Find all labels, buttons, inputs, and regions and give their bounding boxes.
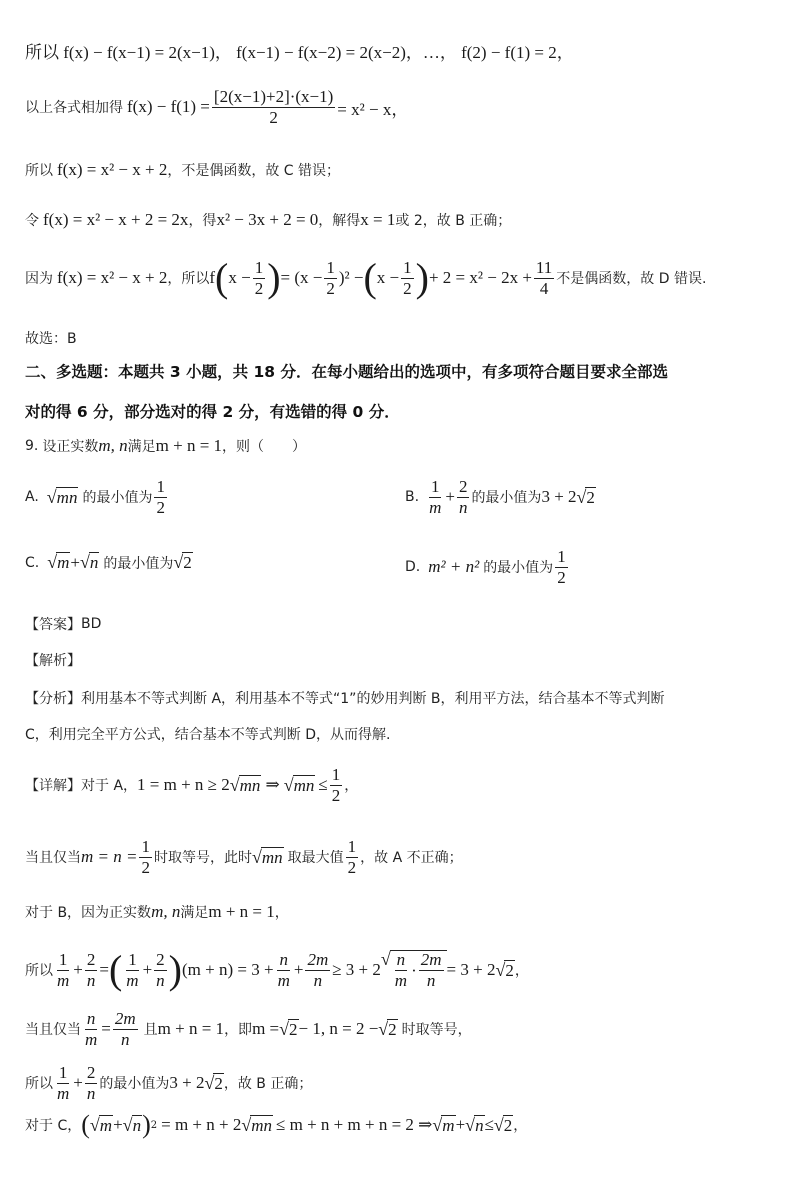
option-fraction: 1 2 bbox=[555, 548, 568, 587]
option-label: B. bbox=[405, 489, 419, 505]
sqrt-2: √ 2 bbox=[495, 960, 514, 981]
conclusion-c: ，不是偶函数，故 C 错误； bbox=[167, 160, 340, 180]
inequality-chain: ≤ m + n + m + n = 2 ⇒ bbox=[276, 1115, 432, 1135]
question-9: 9. 设正实数 m, n 满足 m + n = 1 ，则（ ） bbox=[25, 436, 306, 456]
fraction-denominator: m bbox=[124, 971, 140, 990]
paren-open: ( bbox=[81, 1112, 90, 1138]
analysis-text: 利用基本不等式判断 A，利用基本不等式“1”的妙用判断 B，利用平方法，结合基本… bbox=[81, 688, 665, 708]
fraction-n-over-m: nm bbox=[393, 951, 409, 990]
fraction-denominator: n bbox=[154, 971, 167, 990]
fraction-2m-over-n: 2mn bbox=[113, 1010, 138, 1049]
expansion: = m + n + 2 bbox=[161, 1115, 241, 1135]
fraction-numerator: 2 bbox=[85, 1064, 98, 1084]
fraction-numerator: n bbox=[277, 951, 290, 971]
choice-text: 故选：B bbox=[25, 328, 77, 348]
sqrt-mn: √ mn bbox=[284, 775, 316, 796]
result-expression: + 2 = x² − 2x + bbox=[429, 268, 532, 288]
detail-text: 时取等号， bbox=[402, 1019, 472, 1039]
paren-close: ) bbox=[267, 258, 280, 298]
condition: m + n = 1 bbox=[156, 436, 222, 456]
conclusion-b: 或 2，故 B 正确； bbox=[395, 210, 511, 230]
detail-b-line-3: 当且仅当 nm = 2mn 且 m + n = 1 ，即 m = √2 − 1,… bbox=[25, 1010, 472, 1049]
sqrt-m: √m bbox=[432, 1115, 455, 1136]
implies-symbol: ⇒ bbox=[265, 775, 279, 795]
detail-text: 所以 bbox=[25, 1073, 53, 1093]
solution-line-1: 所以 f(x) − f(x−1) = 2(x−1)， f(x−1) − f(x−… bbox=[25, 38, 574, 63]
fraction-denominator: 2 bbox=[324, 279, 337, 298]
detail-text: 当且仅当 bbox=[25, 1019, 81, 1039]
line-prefix: 以上各式相加得 bbox=[25, 97, 123, 117]
le-symbol: ≤ bbox=[318, 775, 327, 795]
sqrt-2: √2 bbox=[279, 1019, 298, 1040]
shifted-arg: x − bbox=[228, 268, 250, 288]
min-value: 3 + 2 bbox=[169, 1073, 204, 1093]
fraction-numerator: 2 bbox=[85, 951, 98, 971]
fraction-numerator: 1 bbox=[139, 838, 152, 858]
fraction-denominator: 2 bbox=[139, 858, 152, 877]
text: ，所以 bbox=[167, 268, 209, 288]
fraction-denominator: n bbox=[119, 1030, 132, 1049]
radicand: 2 bbox=[213, 1073, 224, 1094]
radicand: n bbox=[474, 1115, 485, 1136]
equation: f(x) = x² − x + 2 = 2x bbox=[43, 210, 188, 230]
detail-tag: 【详解】 bbox=[25, 775, 81, 795]
radicand: 2 bbox=[288, 1019, 299, 1040]
fraction-numerator: 1 bbox=[126, 951, 139, 971]
fraction-numerator: 11 bbox=[534, 259, 554, 279]
line-prefix: 令 bbox=[25, 210, 39, 230]
radicand: 2 bbox=[503, 1115, 514, 1136]
fraction-denominator: n bbox=[312, 971, 325, 990]
detail-text: 对于 B，因为正实数 bbox=[25, 902, 151, 922]
option-a: A. √ mn 的最小值为 1 2 bbox=[25, 478, 169, 517]
section-title-line-2: 对的得 6 分，部分选对的得 2 分，有选错的得 0 分． bbox=[25, 400, 400, 422]
m-value: m = bbox=[252, 1019, 279, 1039]
fraction-1-over-m: 1m bbox=[124, 951, 140, 990]
fraction-2-over-n: 2n bbox=[154, 951, 167, 990]
radicand: m bbox=[56, 552, 70, 573]
line-prefix: 所以 bbox=[25, 160, 53, 180]
option-b: B. 1 m + 2 n 的最小值为 3 + 2 √ 2 bbox=[405, 478, 596, 517]
fraction-numerator: 2m bbox=[305, 951, 330, 971]
fraction-n-over-m: nm bbox=[276, 951, 292, 990]
expansion: = (x − bbox=[281, 268, 323, 288]
fraction-denominator: n bbox=[85, 971, 98, 990]
solution-line-5: 因为 f(x) = x² − x + 2 ，所以 f ( x − 1 2 ) =… bbox=[25, 258, 706, 298]
half-fraction: 1 2 bbox=[346, 838, 359, 877]
fraction-denominator: 2 bbox=[555, 568, 568, 587]
sum-fraction: [2(x−1)+2]·(x−1) 2 bbox=[212, 88, 335, 127]
fraction-numerator: 1 bbox=[57, 1064, 70, 1084]
quadratic-equation: x² − 3x + 2 = 0 bbox=[216, 210, 318, 230]
fraction-denominator: 2 bbox=[346, 858, 359, 877]
fraction-2-over-n: 2n bbox=[85, 1064, 98, 1103]
section-heading-cont: 对的得 6 分，部分选对的得 2 分，有选错的得 0 分． bbox=[25, 400, 400, 422]
equals-sign: = bbox=[99, 960, 109, 980]
plus-sign: + bbox=[73, 1073, 83, 1093]
exponent: 2 bbox=[151, 1120, 157, 1131]
recursion-equations: 所以 f(x) − f(x−1) = 2(x−1)， f(x−1) − f(x−… bbox=[25, 38, 574, 63]
sqrt-2: √2 bbox=[378, 1019, 397, 1040]
option-d: D. m² + n² 的最小值为 1 2 bbox=[405, 548, 570, 587]
radicand: n bbox=[132, 1115, 143, 1136]
conclusion-a: ，故 A 不正确； bbox=[360, 847, 462, 867]
expansion: (m + n) = 3 + bbox=[182, 960, 274, 980]
option-text: 的最小值为 bbox=[483, 557, 553, 577]
fraction-numerator: 1 bbox=[429, 478, 442, 498]
option-expression: m² + n² bbox=[428, 557, 479, 577]
detail-a-line-1: 【详解】 对于 A， 1 = m + n ≥ 2 √ mn ⇒ √ mn ≤ 1… bbox=[25, 766, 358, 805]
detail-text: 取最大值 bbox=[288, 847, 344, 867]
conclusion-d: 不是偶函数，故 D 错误. bbox=[556, 268, 706, 288]
radicand: 2 bbox=[585, 487, 596, 508]
fraction-1-over-m: 1m bbox=[55, 1064, 71, 1103]
question-number: 9. bbox=[25, 438, 38, 454]
radicand: n bbox=[89, 552, 100, 573]
sqrt-m: √m bbox=[90, 1115, 113, 1136]
fraction-numerator: 1 bbox=[253, 259, 266, 279]
condition: m + n = 1 bbox=[158, 1019, 224, 1039]
fraction-numerator: 1 bbox=[330, 766, 343, 786]
variables: m, n bbox=[151, 902, 180, 922]
detail-a-line-2: 当且仅当 m = n = 1 2 时取等号，此时 √ mn 取最大值 1 2 ，… bbox=[25, 838, 463, 877]
line-prefix: 因为 bbox=[25, 268, 53, 288]
fraction-numerator: 2m bbox=[419, 951, 444, 971]
detail-text: 当且仅当 bbox=[25, 847, 81, 867]
square-minus: )² − bbox=[339, 268, 364, 288]
half-fraction: 1 2 bbox=[139, 838, 152, 877]
condition: m + n = 1 bbox=[208, 902, 274, 922]
fraction-numerator: [2(x−1)+2]·(x−1) bbox=[212, 88, 335, 108]
fraction-2-over-n: 2 n bbox=[457, 478, 470, 517]
fraction-denominator: m bbox=[393, 971, 409, 990]
question-text: 满足 bbox=[128, 436, 156, 456]
solution-line-4: 令 f(x) = x² − x + 2 = 2x ，得 x² − 3x + 2 … bbox=[25, 210, 511, 230]
sqrt-mn: √ mn bbox=[252, 847, 284, 868]
answer-label: 【答案】 bbox=[25, 614, 81, 634]
detail-text: 满足 bbox=[180, 902, 208, 922]
fraction-denominator: 2 bbox=[253, 279, 266, 298]
equals-sign: = bbox=[101, 1019, 111, 1039]
sqrt-product: √ nm · 2mn bbox=[381, 950, 447, 990]
result: = 3 + 2 bbox=[447, 960, 496, 980]
radicand: mn bbox=[56, 487, 79, 508]
fraction-n-over-m: nm bbox=[83, 1010, 99, 1049]
option-fraction: 1 2 bbox=[154, 478, 167, 517]
sqrt-m: √ m bbox=[47, 552, 70, 573]
eleven-quarters-fraction: 11 4 bbox=[534, 259, 554, 298]
option-c: C. √ m + √ n 的最小值为 √ 2 bbox=[25, 552, 193, 573]
radicand: mn bbox=[250, 1115, 273, 1136]
plus-sign: + bbox=[113, 1115, 123, 1135]
paren-open: ( bbox=[215, 258, 228, 298]
le-symbol: ≤ bbox=[485, 1115, 494, 1135]
fraction-1-over-m: 1 m bbox=[427, 478, 443, 517]
fraction-2m-over-n: 2mn bbox=[305, 951, 330, 990]
shifted-arg: x − bbox=[377, 268, 399, 288]
ge-expression: ≥ 3 + 2 bbox=[332, 960, 381, 980]
fraction-denominator: 2 bbox=[267, 108, 280, 127]
sqrt-expression: √ mn bbox=[47, 487, 79, 508]
radicand: 2 bbox=[182, 552, 193, 573]
plus-sign: + bbox=[456, 1115, 466, 1135]
detail-text: 对于 C， bbox=[25, 1115, 81, 1135]
sqrt-2: √2 bbox=[204, 1073, 223, 1094]
section-title-line-1: 二、多选题：本题共 3 小题，共 18 分．在每小题给出的选项中，有多项符合题目… bbox=[25, 360, 668, 382]
fraction-numerator: 2m bbox=[113, 1010, 138, 1030]
fraction-numerator: n bbox=[85, 1010, 98, 1030]
fraction-denominator: m bbox=[55, 971, 71, 990]
detail-b-line-4: 所以 1m + 2n 的最小值为 3 + 2 √2 ，故 B 正确； bbox=[25, 1064, 312, 1103]
fraction-denominator: n bbox=[457, 498, 470, 517]
punct: ， bbox=[344, 775, 358, 795]
option-value: 3 + 2 bbox=[541, 487, 576, 507]
punct: ， bbox=[515, 960, 529, 980]
text: ，得 bbox=[188, 210, 216, 230]
solution-value: x = 1 bbox=[360, 210, 395, 230]
fraction-denominator: 4 bbox=[538, 279, 551, 298]
question-blank: ，则（ ） bbox=[222, 436, 306, 456]
fraction-2m-over-n: 2mn bbox=[419, 951, 444, 990]
detail-text: 时取等号，此时 bbox=[154, 847, 252, 867]
half-fraction: 1 2 bbox=[401, 259, 414, 298]
sqrt-mn: √ mn bbox=[230, 775, 262, 796]
equality: m = n = bbox=[81, 847, 137, 867]
radicand: mn bbox=[293, 775, 316, 796]
analysis-header: 【解析】 bbox=[25, 650, 81, 670]
fraction-1-over-m: 1m bbox=[55, 951, 71, 990]
punct: ， bbox=[275, 902, 289, 922]
fraction-numerator: 1 bbox=[555, 548, 568, 568]
final-choice: 故选：B bbox=[25, 328, 77, 348]
radicand: m bbox=[99, 1115, 113, 1136]
radicand: mn bbox=[261, 847, 284, 868]
half-fraction: 1 2 bbox=[330, 766, 343, 805]
sqrt-n: √n bbox=[465, 1115, 484, 1136]
variables: m, n bbox=[98, 436, 127, 456]
inequality: 1 = m + n ≥ 2 bbox=[137, 775, 230, 795]
fraction-numerator: 1 bbox=[154, 478, 167, 498]
analysis-tag: 【分析】 bbox=[25, 688, 81, 708]
radicand: 2 bbox=[504, 960, 515, 981]
sqrt-2: √ 2 bbox=[173, 552, 192, 573]
analysis-label: 【解析】 bbox=[25, 650, 81, 670]
radicand: 2 bbox=[387, 1019, 398, 1040]
paren-close: ) bbox=[142, 1112, 151, 1138]
function-expression: f(x) = x² − x + 2 bbox=[57, 160, 167, 180]
fraction-denominator: n bbox=[425, 971, 438, 990]
plus-sign: + bbox=[294, 960, 304, 980]
fraction-denominator: m bbox=[427, 498, 443, 517]
punct: ， bbox=[513, 1115, 527, 1135]
detail-text: 的最小值为 bbox=[99, 1073, 169, 1093]
fraction-numerator: 1 bbox=[346, 838, 359, 858]
fraction-numerator: 1 bbox=[401, 259, 414, 279]
option-text: 的最小值为 bbox=[471, 487, 541, 507]
fraction-numerator: 2 bbox=[457, 478, 470, 498]
option-label: C. bbox=[25, 555, 39, 571]
detail-text: 且 bbox=[144, 1019, 158, 1039]
dot-operator: · bbox=[411, 961, 417, 981]
fraction-numerator: n bbox=[395, 951, 408, 971]
plus-sign: + bbox=[70, 553, 80, 573]
section-heading: 二、多选题：本题共 3 小题，共 18 分．在每小题给出的选项中，有多项符合题目… bbox=[25, 360, 668, 382]
fraction-numerator: 2 bbox=[154, 951, 167, 971]
sqrt-n: √ n bbox=[80, 552, 99, 573]
function-expression: f(x) = x² − x + 2 bbox=[57, 268, 167, 288]
fraction-denominator: n bbox=[85, 1084, 98, 1103]
paren-open: ( bbox=[363, 258, 376, 298]
sqrt-n: √n bbox=[123, 1115, 142, 1136]
plus-sign: + bbox=[143, 960, 153, 980]
plus-sign: + bbox=[445, 487, 455, 507]
half-fraction: 1 2 bbox=[324, 259, 337, 298]
plus-sign: + bbox=[73, 960, 83, 980]
fraction-denominator: m bbox=[83, 1030, 99, 1049]
half-fraction: 1 2 bbox=[253, 259, 266, 298]
sum-rhs: = x² − x， bbox=[337, 95, 408, 120]
paren-close: ) bbox=[416, 258, 429, 298]
sum-lhs: f(x) − f(1) = bbox=[127, 97, 210, 117]
option-text: 的最小值为 bbox=[82, 487, 152, 507]
answer-value: BD bbox=[81, 616, 101, 632]
n-value: − 1, n = 2 − bbox=[299, 1019, 379, 1039]
text: ，解得 bbox=[318, 210, 360, 230]
detail-b-line-2: 所以 1m + 2n = ( 1m + 2n ) (m + n) = 3 + n… bbox=[25, 950, 529, 990]
analysis-line-2: C，利用完全平方公式，结合基本不等式判断 D，从而得解. bbox=[25, 724, 390, 744]
sqrt-mn: √mn bbox=[241, 1115, 273, 1136]
radicand: mn bbox=[239, 775, 262, 796]
solution-line-3: 所以 f(x) = x² − x + 2 ，不是偶函数，故 C 错误； bbox=[25, 160, 340, 180]
option-label: A. bbox=[25, 489, 39, 505]
fraction-denominator: 2 bbox=[401, 279, 414, 298]
answer-line: 【答案】 BD bbox=[25, 614, 101, 634]
detail-text: 对于 A， bbox=[81, 775, 137, 795]
question-text: 设正实数 bbox=[42, 436, 98, 456]
radicand: m bbox=[441, 1115, 455, 1136]
analysis-text: C，利用完全平方公式，结合基本不等式判断 D，从而得解. bbox=[25, 724, 390, 744]
sqrt-expression: √ 2 bbox=[577, 487, 596, 508]
conclusion-b: ，故 B 正确； bbox=[224, 1073, 313, 1093]
analysis-line-1: 【分析】 利用基本不等式判断 A，利用基本不等式“1”的妙用判断 B，利用平方法… bbox=[25, 688, 665, 708]
option-text: 的最小值为 bbox=[103, 553, 173, 573]
radicand: nm · 2mn bbox=[390, 950, 447, 990]
detail-text: ，即 bbox=[224, 1019, 252, 1039]
detail-b-line-1: 对于 B，因为正实数 m, n 满足 m + n = 1 ， bbox=[25, 902, 289, 922]
fraction-denominator: m bbox=[55, 1084, 71, 1103]
option-label: D. bbox=[405, 559, 420, 575]
fraction-denominator: 2 bbox=[330, 786, 343, 805]
paren-close: ) bbox=[169, 950, 182, 990]
fraction-numerator: 1 bbox=[57, 951, 70, 971]
detail-c-line-1: 对于 C， ( √m + √n )2 = m + n + 2 √mn ≤ m +… bbox=[25, 1112, 527, 1138]
fraction-2-over-n: 2n bbox=[85, 951, 98, 990]
fraction-numerator: 1 bbox=[324, 259, 337, 279]
sqrt-2: √2 bbox=[494, 1115, 513, 1136]
paren-open: ( bbox=[109, 950, 122, 990]
fraction-denominator: 2 bbox=[154, 498, 167, 517]
solution-line-2: 以上各式相加得 f(x) − f(1) = [2(x−1)+2]·(x−1) 2… bbox=[25, 88, 408, 127]
fraction-denominator: m bbox=[276, 971, 292, 990]
detail-text: 所以 bbox=[25, 960, 53, 980]
